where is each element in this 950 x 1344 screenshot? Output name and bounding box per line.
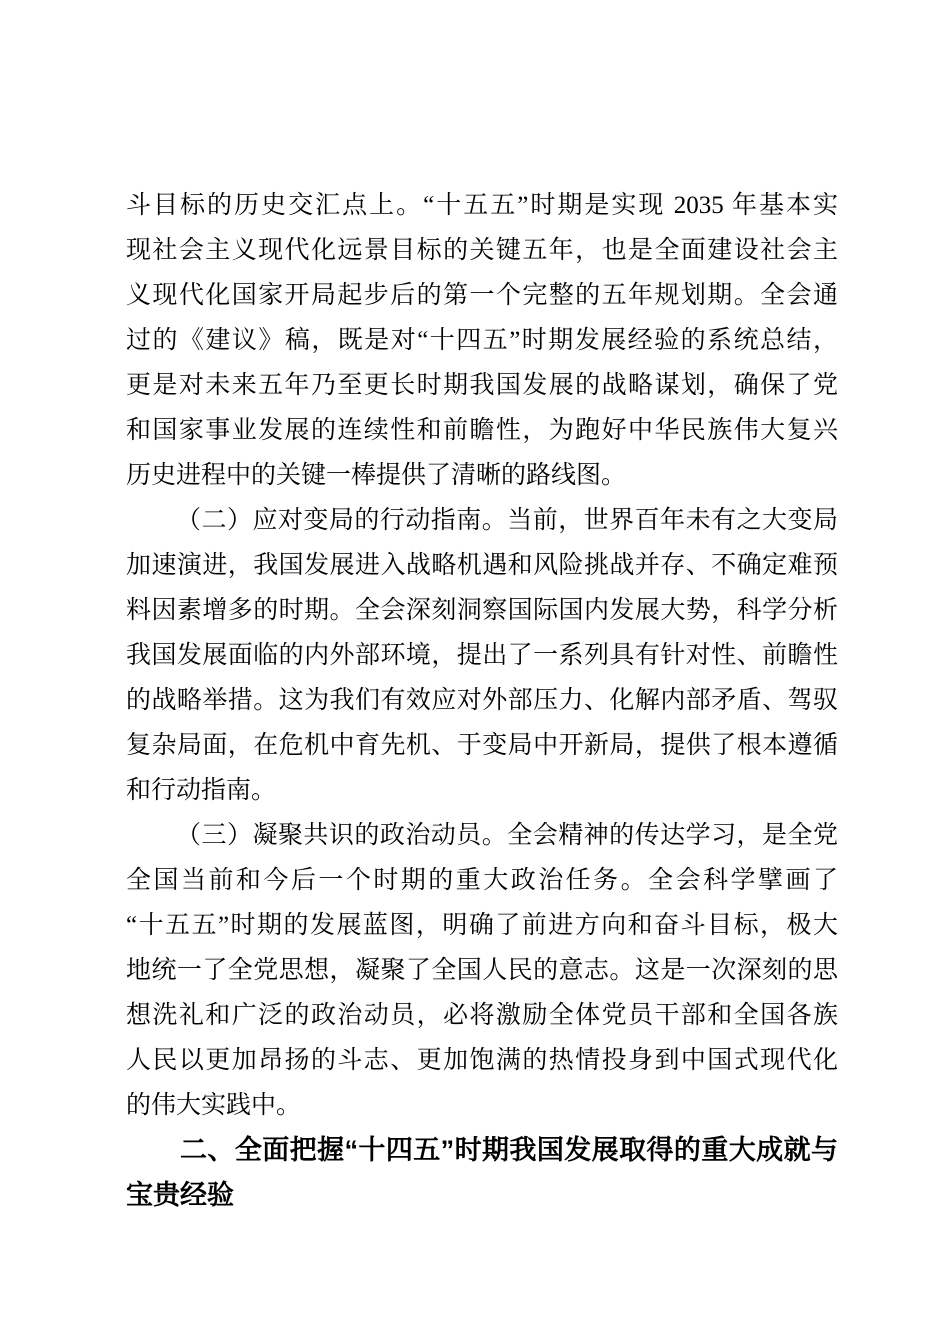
body-line: （三）凝聚共识的政治动员。全会精神的传达学习，是全党 bbox=[126, 813, 838, 858]
section-heading-line: 宝贵经验 bbox=[126, 1173, 838, 1218]
body-line: 现社会主义现代化远景目标的关键五年，也是全面建设社会主 bbox=[126, 228, 838, 273]
document-page: 斗目标的历史交汇点上。“十五五”时期是实现 2035 年基本实 现社会主义现代化… bbox=[0, 0, 950, 1344]
body-line: 想洗礼和广泛的政治动员，必将激励全体党员干部和全国各族 bbox=[126, 993, 838, 1038]
body-line: 地统一了全党思想，凝聚了全国人民的意志。这是一次深刻的思 bbox=[126, 948, 838, 993]
body-line: 历史进程中的关键一棒提供了清晰的路线图。 bbox=[126, 453, 838, 498]
body-line: 复杂局面，在危机中育先机、于变局中开新局，提供了根本遵循 bbox=[126, 723, 838, 768]
body-line: 我国发展面临的内外部环境，提出了一系列具有针对性、前瞻性 bbox=[126, 633, 838, 678]
body-line: 过的《建议》稿，既是对“十四五”时期发展经验的系统总结， bbox=[126, 318, 838, 363]
body-line: 义现代化国家开局起步后的第一个完整的五年规划期。全会通 bbox=[126, 273, 838, 318]
section-heading-line: 二、全面把握“十四五”时期我国发展取得的重大成就与 bbox=[126, 1128, 838, 1173]
body-line: 斗目标的历史交汇点上。“十五五”时期是实现 2035 年基本实 bbox=[126, 183, 838, 228]
body-line: 加速演进，我国发展进入战略机遇和风险挑战并存、不确定难预 bbox=[126, 543, 838, 588]
body-line: 和行动指南。 bbox=[126, 768, 838, 813]
body-line: “十五五”时期的发展蓝图，明确了前进方向和奋斗目标，极大 bbox=[126, 903, 838, 948]
body-line: 和国家事业发展的连续性和前瞻性，为跑好中华民族伟大复兴 bbox=[126, 408, 838, 453]
body-line: 的伟大实践中。 bbox=[126, 1083, 838, 1128]
body-line: 人民以更加昂扬的斗志、更加饱满的热情投身到中国式现代化 bbox=[126, 1038, 838, 1083]
body-line: 全国当前和今后一个时期的重大政治任务。全会科学擘画了 bbox=[126, 858, 838, 903]
body-line: 的战略举措。这为我们有效应对外部压力、化解内部矛盾、驾驭 bbox=[126, 678, 838, 723]
document-text-block: 斗目标的历史交汇点上。“十五五”时期是实现 2035 年基本实 现社会主义现代化… bbox=[126, 183, 838, 1218]
body-line: （二）应对变局的行动指南。当前，世界百年未有之大变局 bbox=[126, 498, 838, 543]
body-line: 料因素增多的时期。全会深刻洞察国际国内发展大势，科学分析 bbox=[126, 588, 838, 633]
body-line: 更是对未来五年乃至更长时期我国发展的战略谋划，确保了党 bbox=[126, 363, 838, 408]
